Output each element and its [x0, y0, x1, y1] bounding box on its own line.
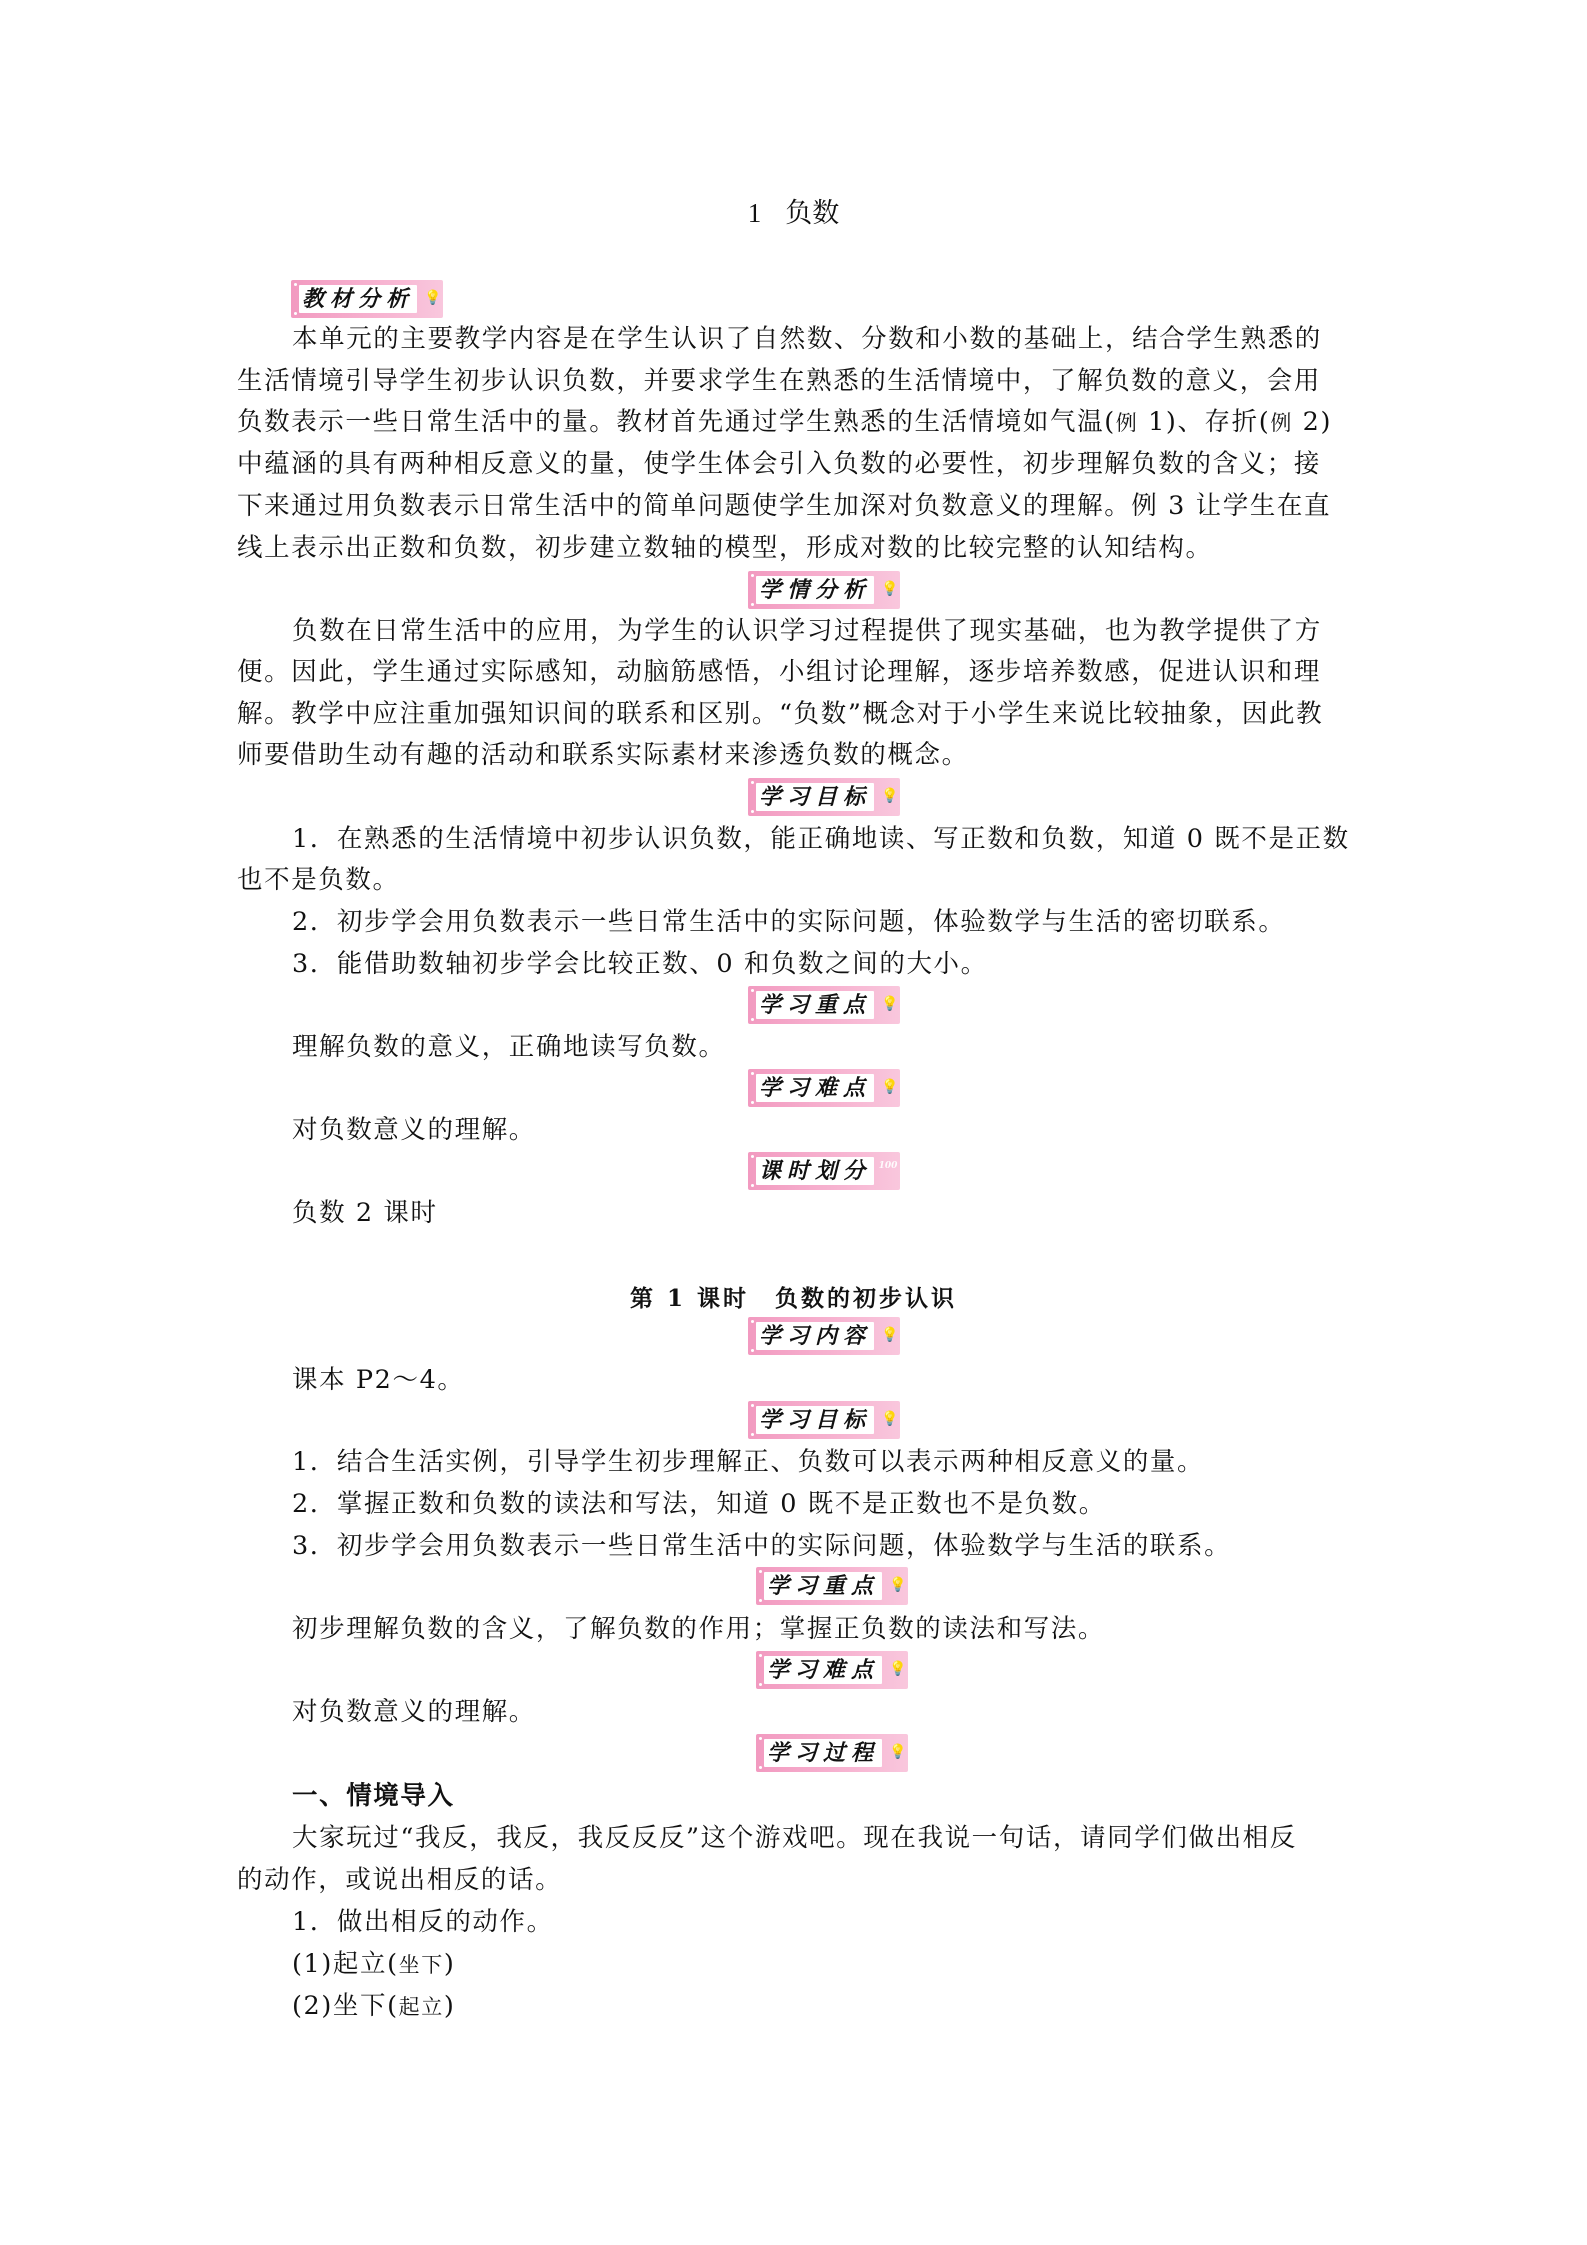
textbook-analysis-line: 生活情境引导学生初步认识负数，并要求学生在熟悉的生活情境中，了解负数的意义，会用	[237, 364, 1367, 398]
lightbulb-icon: 💡	[881, 1409, 895, 1429]
badge-content: 学习内容 💡	[748, 1317, 900, 1355]
badge-key-points: 学习重点 💡	[748, 986, 900, 1024]
process-item: 1．做出相反的动作。	[292, 1905, 1422, 1939]
answer-text: 坐下	[399, 1953, 444, 1977]
textbook-analysis-line: 负数表示一些日常生活中的量。教材首先通过学生熟悉的生活情境如气温(例 1)、存折…	[237, 405, 1367, 440]
unit-title: 1负数	[0, 196, 1587, 230]
goal-item: 3．能借助数轴初步学会比较正数、0 和负数之间的大小。	[292, 947, 1422, 981]
textbook-analysis-line: 本单元的主要教学内容是在学生认识了自然数、分数和小数的基础上，结合学生熟悉的	[292, 322, 1422, 356]
lightbulb-icon: 💡	[424, 288, 438, 308]
lightbulb-icon: 💡	[889, 1742, 903, 1762]
badge-period-division: 课时划分 100	[748, 1152, 900, 1190]
100-score-icon: 100	[878, 1156, 898, 1176]
lightbulb-icon: 💡	[881, 786, 895, 806]
lesson-difficulties-text: 对负数意义的理解。	[292, 1695, 1422, 1729]
process-subitem: (1)起立(坐下)	[292, 1947, 1422, 1982]
textbook-analysis-line: 下来通过用负数表示日常生活中的简单问题使学生加深对负数意义的理解。例 3 让学生…	[237, 489, 1367, 523]
textbook-analysis-line: 线上表示出正数和负数，初步建立数轴的模型，形成对数的比较完整的认知结构。	[237, 531, 1367, 565]
lightbulb-icon: 💡	[881, 579, 895, 599]
student-analysis-line: 负数在日常生活中的应用，为学生的认识学习过程提供了现实基础，也为教学提供了方	[292, 614, 1422, 648]
unit-title-text: 负数	[785, 198, 839, 228]
answer-text: 起立	[399, 1995, 444, 2019]
badge-process: 学习过程 💡	[756, 1734, 908, 1772]
student-analysis-line: 师要借助生动有趣的活动和联系实际素材来渗透负数的概念。	[237, 738, 1367, 772]
section-heading: 一、情境导入	[292, 1779, 1422, 1813]
difficulties-text: 对负数意义的理解。	[292, 1113, 1422, 1147]
process-intro-line: 大家玩过“我反，我反，我反反反”这个游戏吧。现在我说一句话，请同学们做出相反	[292, 1821, 1422, 1855]
badge-goals: 学习目标 💡	[748, 778, 900, 816]
unit-number: 1	[748, 198, 762, 228]
lightbulb-icon: 💡	[881, 1325, 895, 1345]
process-intro-line: 的动作，或说出相反的话。	[237, 1863, 1367, 1897]
period-division-text: 负数 2 课时	[292, 1196, 1422, 1230]
lesson-title: 第 1 课时负数的初步认识	[0, 1284, 1587, 1314]
document-page: 1负数 教材分析 💡 本单元的主要教学内容是在学生认识了自然数、分数和小数的基础…	[0, 0, 1587, 2245]
goal-item: 也不是负数。	[237, 863, 1367, 897]
lightbulb-icon: 💡	[881, 1077, 895, 1097]
lightbulb-icon: 💡	[889, 1575, 903, 1595]
student-analysis-line: 便。因此，学生通过实际感知，动脑筋感悟，小组讨论理解，逐步培养数感，促进认识和理	[237, 655, 1367, 689]
process-subitem: (2)坐下(起立)	[292, 1989, 1422, 2024]
key-points-text: 理解负数的意义，正确地读写负数。	[292, 1030, 1422, 1064]
badge-student-analysis: 学情分析 💡	[748, 571, 900, 609]
goal-item: 2．初步学会用负数表示一些日常生活中的实际问题，体验数学与生活的密切联系。	[292, 905, 1422, 939]
goal-item: 1．在熟悉的生活情境中初步认识负数，能正确地读、写正数和负数，知道 0 既不是正…	[292, 822, 1422, 856]
lightbulb-icon: 💡	[881, 994, 895, 1014]
badge-textbook-analysis: 教材分析 💡	[291, 280, 443, 318]
lightbulb-icon: 💡	[889, 1659, 903, 1679]
lesson-goal-item: 1．结合生活实例，引导学生初步理解正、负数可以表示两种相反意义的量。	[292, 1445, 1422, 1479]
badge-difficulties: 学习难点 💡	[748, 1069, 900, 1107]
lesson-key-points-text: 初步理解负数的含义，了解负数的作用；掌握正负数的读法和写法。	[292, 1612, 1422, 1646]
badge-lesson-goals: 学习目标 💡	[748, 1401, 900, 1439]
lesson-goal-item: 3．初步学会用负数表示一些日常生活中的实际问题，体验数学与生活的联系。	[292, 1529, 1422, 1563]
textbook-analysis-line: 中蕴涵的具有两种相反意义的量，使学生体会引入负数的必要性，初步理解负数的含义；接	[237, 447, 1367, 481]
lesson-goal-item: 2．掌握正数和负数的读法和写法，知道 0 既不是正数也不是负数。	[292, 1487, 1422, 1521]
student-analysis-line: 解。教学中应注重加强知识间的联系和区别。“负数”概念对于小学生来说比较抽象，因此…	[237, 697, 1367, 731]
badge-lesson-key-points: 学习重点 💡	[756, 1567, 908, 1605]
badge-lesson-difficulties: 学习难点 💡	[756, 1651, 908, 1689]
lesson-content-text: 课本 P2～4。	[292, 1363, 1422, 1397]
